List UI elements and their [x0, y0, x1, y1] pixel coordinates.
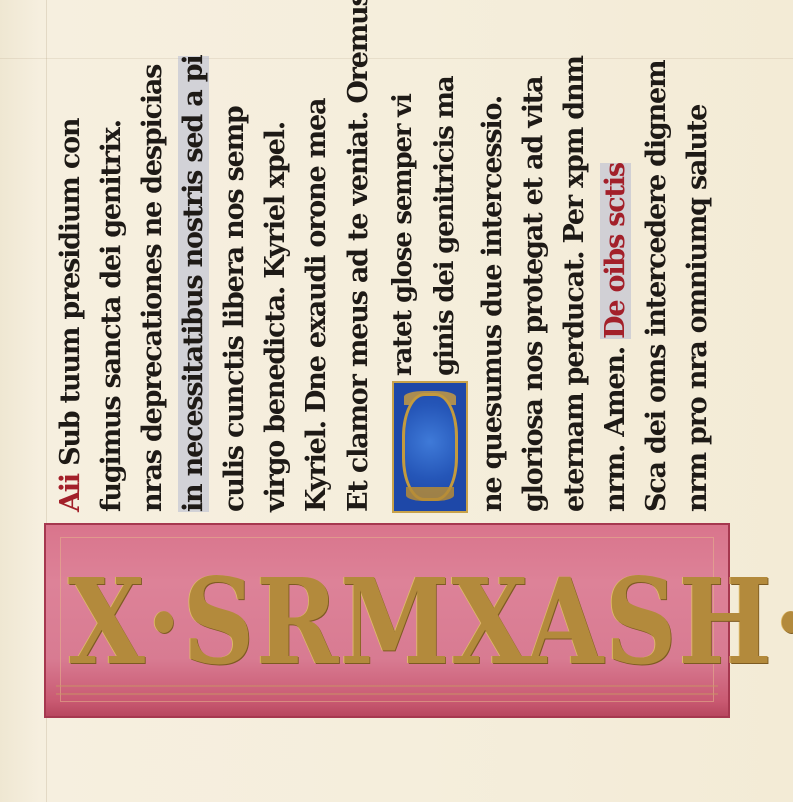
ruling-line-horizontal: [0, 58, 793, 59]
text-line-10: ginis dei genitricis ma: [430, 77, 460, 376]
text-line-14: nrm. Amen. De oibs sctis: [601, 163, 631, 512]
text-line-1: Aii Sub tuum presidium con: [56, 119, 86, 512]
illuminated-banner: X·SRMXASH·: [44, 523, 730, 718]
text-line-13: eternam perducat. Per xpm dnm: [560, 56, 590, 512]
manuscript-page: Aii Sub tuum presidium con fugimus sanct…: [0, 0, 793, 802]
rubric: Aii: [55, 474, 86, 512]
text-line-15: Sca dei oms intercedere dignem: [642, 61, 672, 512]
initial-letter-bowl: [402, 393, 458, 501]
banner-stripe: [56, 693, 718, 695]
text-line-12: gloriosa nos protegat et ad vita: [519, 77, 549, 512]
text-line-3: nras deprecationes ne despicias: [138, 65, 168, 512]
text-line-7: Kyriel. Dne exaudi orone mea: [302, 99, 332, 512]
text-line-6: virgo benedicta. Kyriel xpel.: [261, 122, 291, 512]
text-line-5: culis cunctis libera nos semp: [220, 106, 250, 512]
decorated-initial: [392, 381, 468, 513]
gold-foliage-icon: [406, 487, 454, 501]
banner-gold-lettering: X·SRMXASH·: [68, 557, 622, 687]
text-line-16: nrm pro nra omniumq salute: [683, 105, 713, 512]
text-line-2: fugimus sancta dei genitrix.: [97, 120, 127, 512]
rubric: De oibs sctis: [600, 163, 631, 339]
text-line-11: ne quesumus due intercessio.: [478, 96, 508, 512]
text-line-8: Et clamor meus ad te veniat. Oremus: [344, 0, 374, 512]
text-line-9: ratet glose semper vi: [388, 94, 418, 376]
text-line-4: in necessitatibus nostris sed a pi: [179, 56, 209, 512]
